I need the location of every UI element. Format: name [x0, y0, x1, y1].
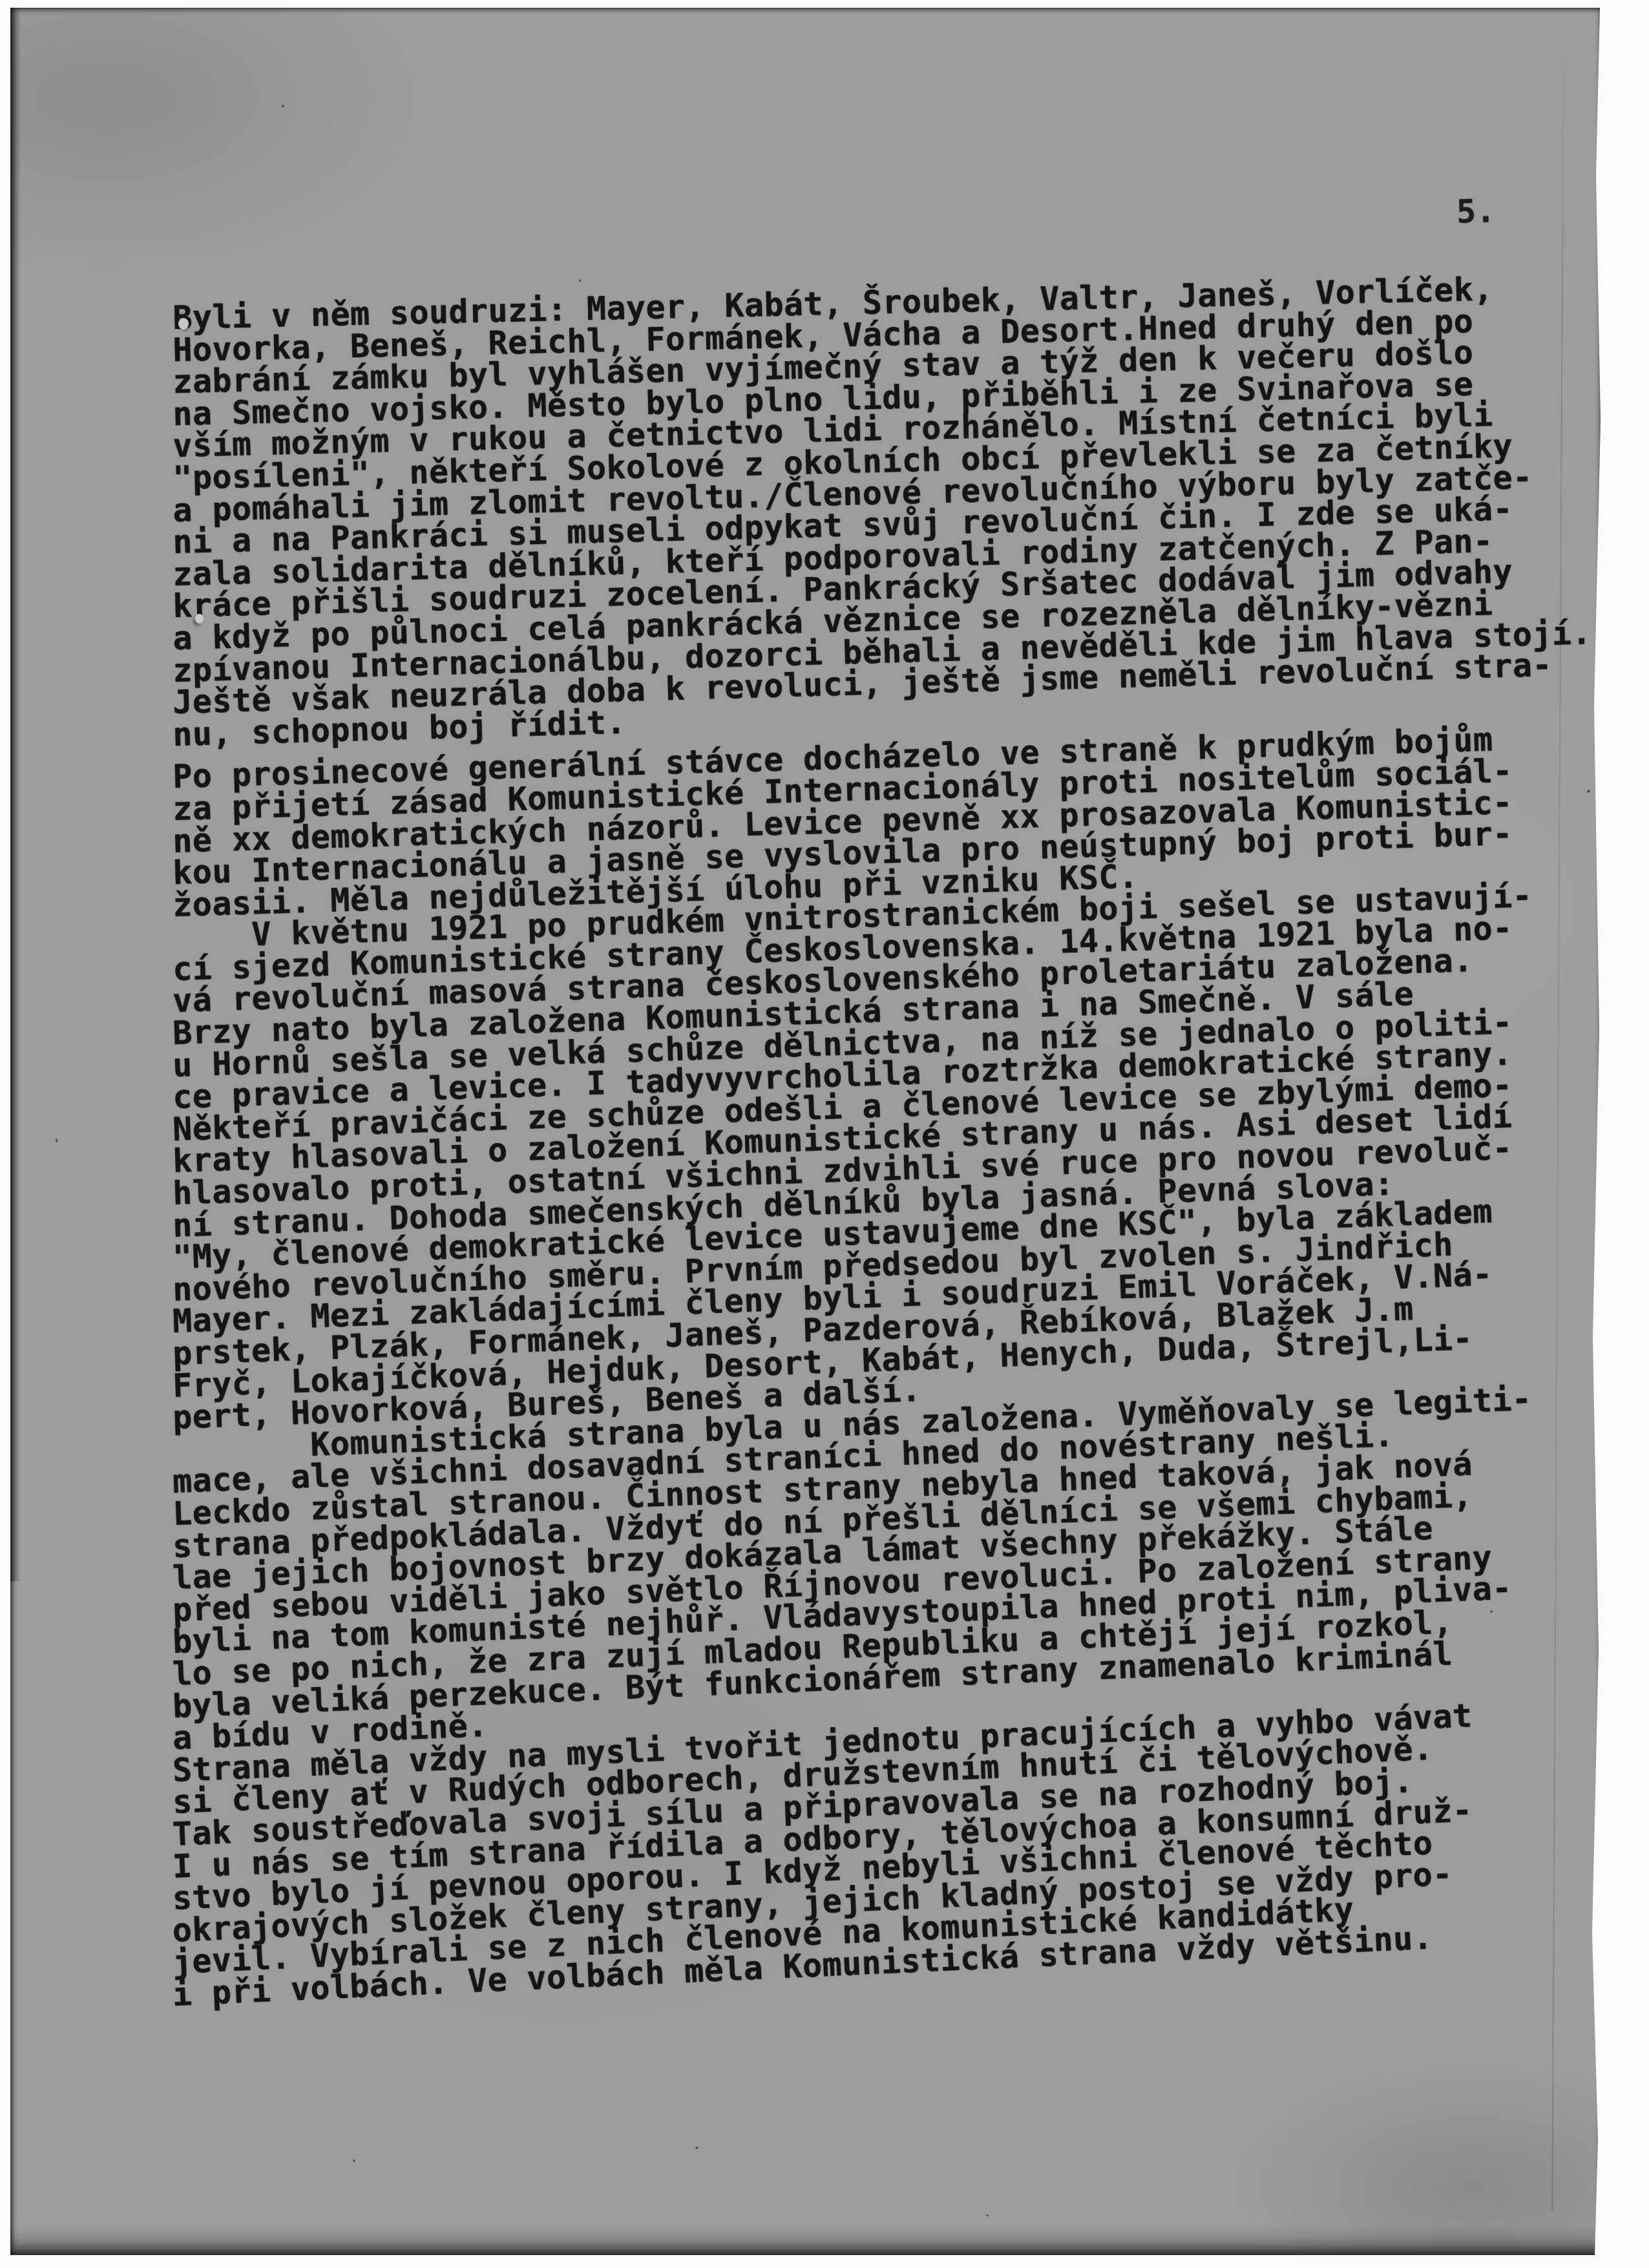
bottom-edge-shadow [10, 2225, 1601, 2255]
speck [1593, 1972, 1597, 1977]
scanned-page: 5. Byli v něm soudruzi: Mayer, Kabát, Šr… [0, 0, 1649, 2268]
speck [986, 2214, 989, 2216]
speck [353, 2159, 355, 2162]
speck [1587, 790, 1590, 793]
typewritten-text: Byli v něm soudruzi: Mayer, Kabát, Šroub… [173, 302, 1601, 2011]
speck [578, 279, 582, 283]
speck [1490, 1610, 1493, 1613]
speck [56, 1139, 58, 1142]
speck [282, 105, 284, 107]
paper-sheet: 5. Byli v něm soudruzi: Mayer, Kabát, Šr… [10, 8, 1601, 2255]
speck [695, 2147, 698, 2149]
page-number: 5. [1456, 192, 1496, 230]
paper-defect [195, 614, 204, 624]
left-edge-shadow [10, 8, 21, 1581]
speck [1597, 215, 1601, 220]
paper-defect [178, 318, 189, 330]
